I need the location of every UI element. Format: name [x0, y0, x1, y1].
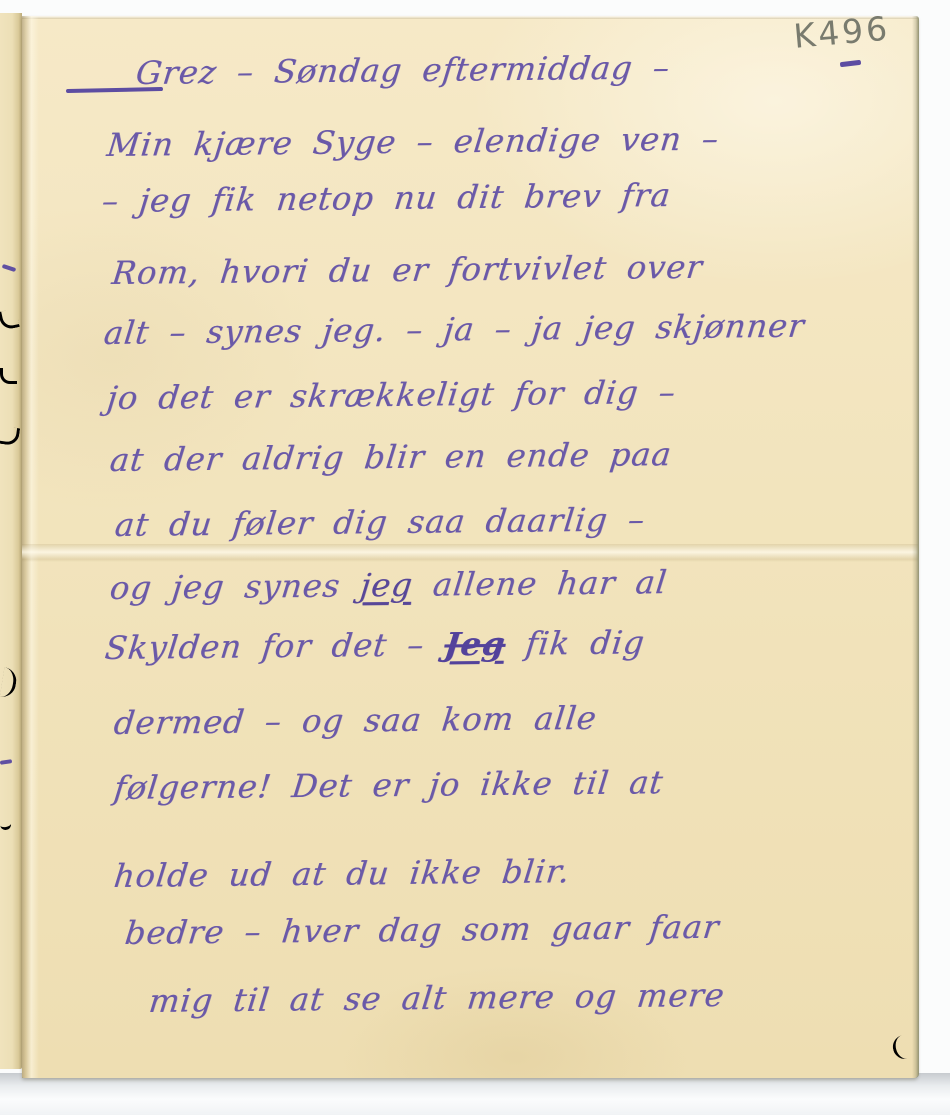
double-underlined-word: Jeg [442, 625, 507, 664]
adjacent-page-strip [0, 13, 22, 1069]
underlined-word: jeg [358, 566, 415, 605]
fold-crease-horizontal [22, 544, 918, 562]
line-text: fik dig [503, 623, 646, 662]
scanned-letter-page: K496 Grez – Søndag eftermiddag – Min kjæ… [0, 0, 950, 1115]
letter-line: at du føler dig saa daarlig – [113, 500, 647, 544]
letter-line: – jeg fik netop nu dit brev fra [100, 176, 673, 220]
letter-line: mig til at se alt mere og mere [147, 976, 727, 1020]
ink-fragment [0, 368, 17, 384]
scanner-bed-edge [0, 1073, 950, 1115]
letter-sheet: K496 Grez – Søndag eftermiddag – Min kjæ… [22, 16, 918, 1078]
letter-line: holde ud at du ikke blir. [112, 852, 572, 895]
page-catalog-number: K496 [792, 9, 892, 56]
letter-line: og jeg synes jeg allene har al [108, 563, 669, 607]
letter-line: følgerne! Det er jo ikke til at [112, 763, 666, 807]
letter-line: Min kjære Syge – elendige ven – [105, 120, 721, 164]
letter-line: Grez – Søndag eftermiddag – [134, 48, 672, 92]
letter-line: jo det er skrækkeligt for dig – [105, 373, 678, 417]
ink-dash-mark [840, 60, 861, 68]
letter-line: dermed – og saa kom alle [112, 699, 599, 742]
line-text: allene har al [411, 563, 669, 604]
letter-line: alt – synes jeg. – ja – ja jeg skjønner [102, 307, 807, 352]
line-text: og jeg synes [108, 566, 363, 607]
letter-line: bedre – hver dag som gaar faar [123, 908, 721, 952]
letter-line: Rom, hvori du er fortvivlet over [110, 248, 705, 292]
line-text: Skylden for det – [103, 625, 447, 667]
letter-line: at der aldrig blir en ende paa [108, 435, 674, 479]
letter-line: Skylden for det – Jeg fik dig [103, 623, 647, 667]
